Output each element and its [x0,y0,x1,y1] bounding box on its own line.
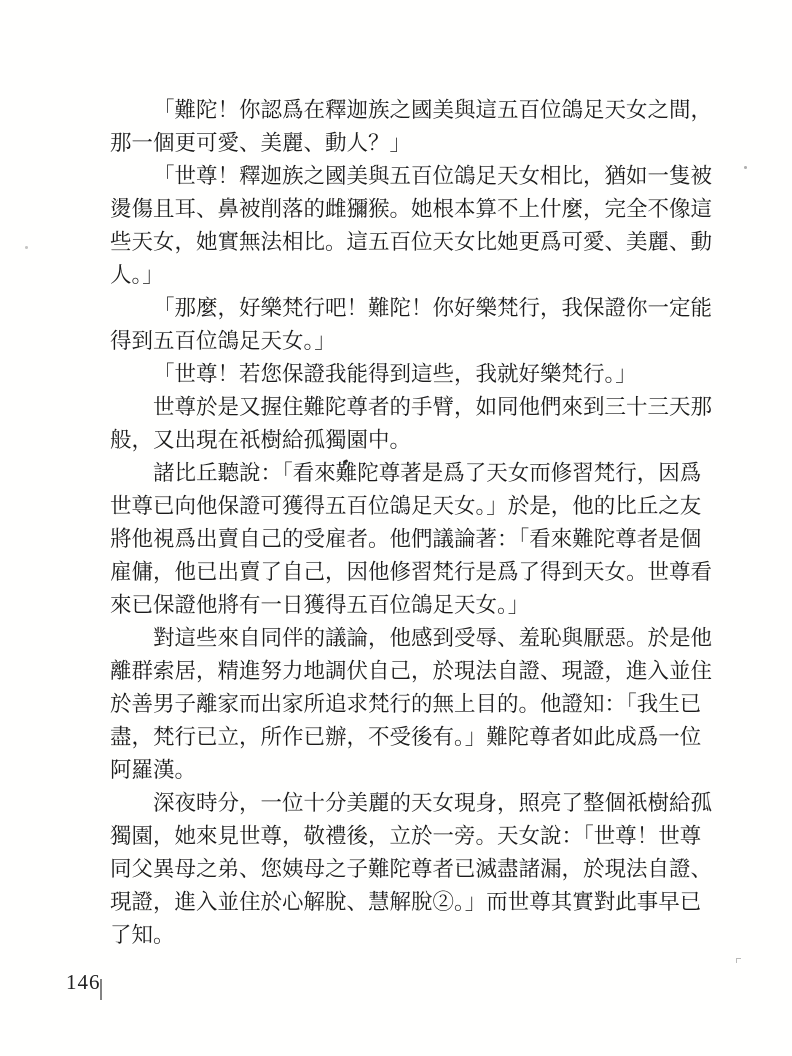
text-line: 來已保證他將有一日獲得五百位鴿足天女。」 [110,589,718,622]
text-line: 同父異母之弟、您姨母之子難陀尊者已滅盡諸漏，於現法自證、 [110,853,718,886]
text-line: 得到五百位鴿足天女。」 [110,325,718,358]
text-line: 阿羅漢。 [110,754,718,787]
text-line: 「那麼，好樂梵行吧！難陀！你好樂梵行，我保證你一定能 [110,292,718,325]
scan-speck [736,958,741,963]
scan-speck [744,166,747,169]
text-line: 人。」 [110,259,718,292]
text-line: 諸比丘聽說：「看來難陀尊著是爲了天女而修習梵行，因爲 [110,457,718,490]
text-line: 「難陀！你認爲在釋迦族之國美與這五百位鴿足天女之間， [110,94,718,127]
text-block: 「難陀！你認爲在釋迦族之國美與這五百位鴿足天女之間，那一個更可愛、美麗、動人？」… [110,94,718,952]
text-line: 盡，梵行已立，所作已辦，不受後有。」難陀尊者如此成爲一位 [110,721,718,754]
text-line: 雇傭，他已出賣了自己，因他修習梵行是爲了得到天女。世尊看 [110,556,718,589]
text-line: 世尊已向他保證可獲得五百位鴿足天女。」於是，他的比丘之友 [110,490,718,523]
text-line: 深夜時分，一位十分美麗的天女現身，照亮了整個祇樹給孤 [110,787,718,820]
text-line: 「世尊！若您保證我能得到這些，我就好樂梵行。」 [110,358,718,391]
text-line: 燙傷且耳、鼻被削落的雌獼猴。她根本算不上什麼，完全不像這 [110,193,718,226]
text-line: 「世尊！釋迦族之國美與五百位鴿足天女相比，猶如一隻被 [110,160,718,193]
text-line: 些天女，她實無法相比。這五百位天女比她更爲可愛、美麗、動 [110,226,718,259]
text-line: 那一個更可愛、美麗、動人？」 [110,127,718,160]
text-line: 對這些來自同伴的議論，他感到受辱、羞恥與厭惡。於是他 [110,622,718,655]
text-line: 了知。 [110,919,718,952]
text-line: 般，又出現在祇樹給孤獨園中。 [110,424,718,457]
text-line: 於善男子離家而出家所追求梵行的無上目的。他證知：「我生已 [110,688,718,721]
scan-speck [25,246,28,249]
text-line: 離群索居，精進努力地調伏自己，於現法自證、現證，進入並住 [110,655,718,688]
text-line: 獨園，她來見世尊，敬禮後，立於一旁。天女說：「世尊！世尊 [110,820,718,853]
text-line: 世尊於是又握住難陀尊者的手臂，如同他們來到三十三天那 [110,391,718,424]
footer-divider-mark [100,979,102,1000]
page-number: 146 [66,970,101,995]
document-page: 「難陀！你認爲在釋迦族之國美與這五百位鴿足天女之間，那一個更可愛、美麗、動人？」… [0,0,792,1056]
text-line: 將他視爲出賣自己的受雇者。他們議論著：「看來難陀尊者是個 [110,523,718,556]
text-line: 現證，進入並住於心解脫、慧解脫②。」而世尊其實對此事早已 [110,886,718,919]
